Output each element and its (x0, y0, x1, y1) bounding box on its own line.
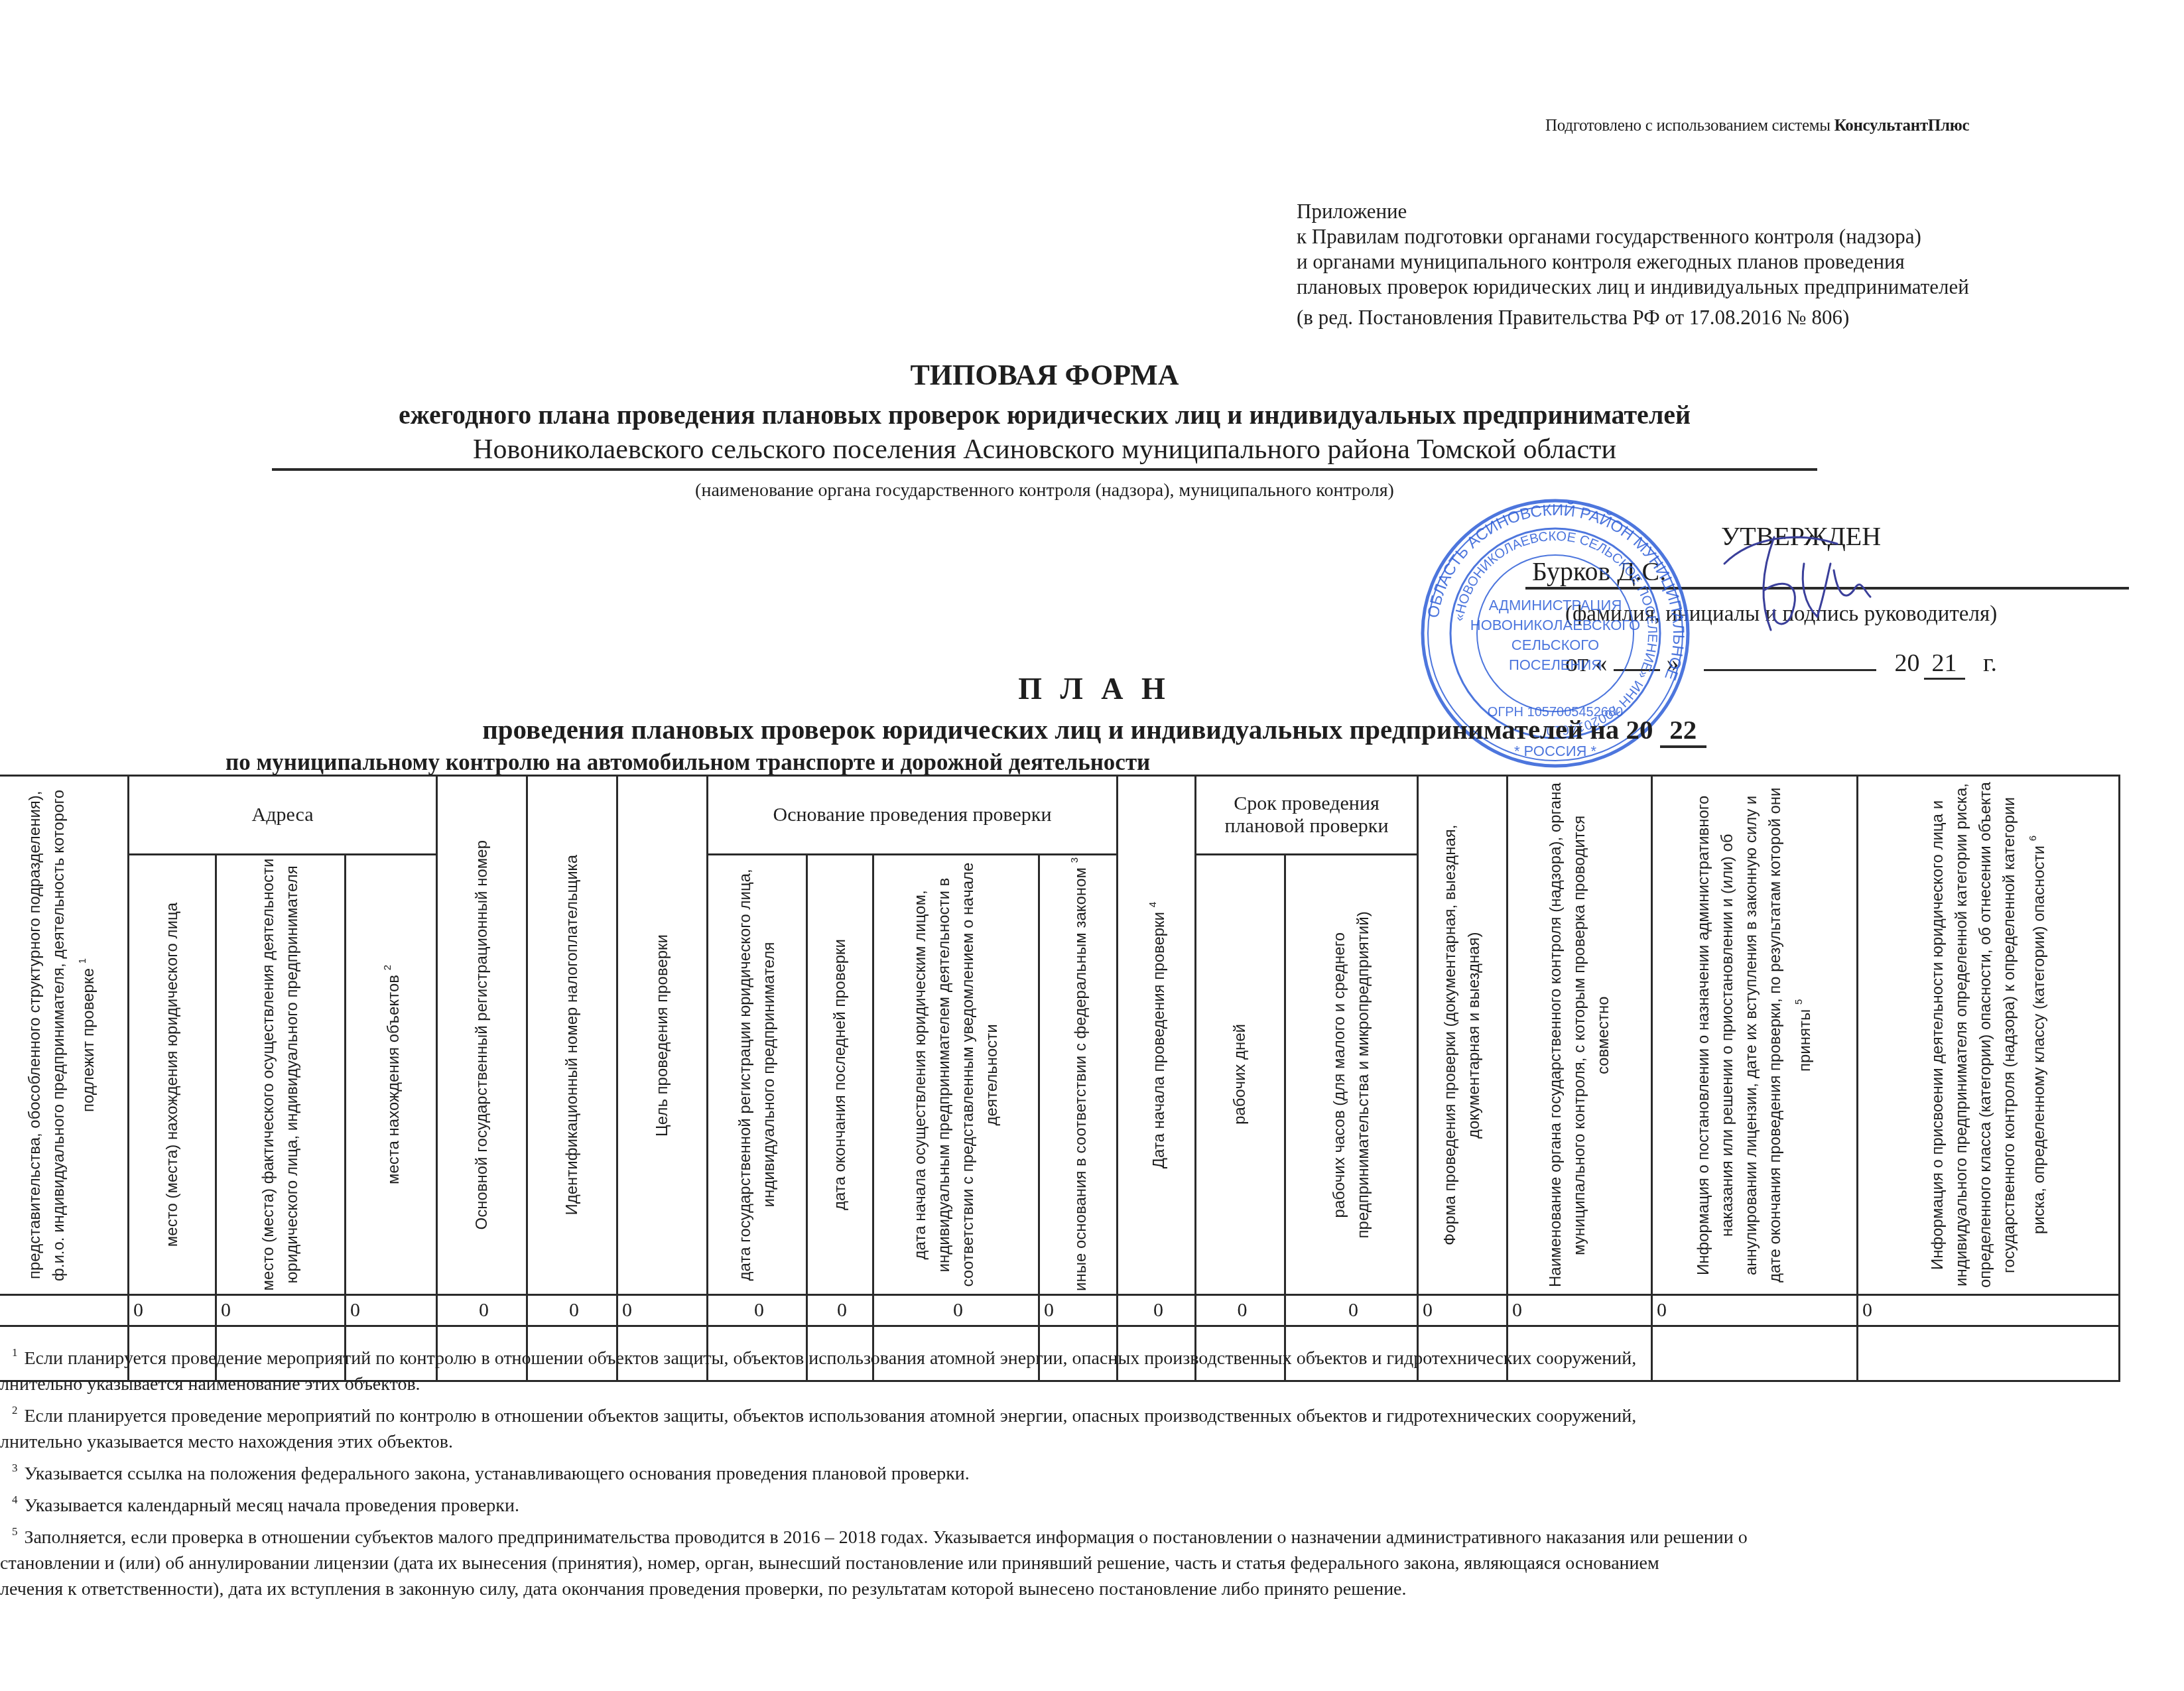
plan-title: П Л А Н (0, 671, 2184, 706)
table-cell[interactable]: 0 (617, 1295, 708, 1326)
footnote-1-cont: лнительно указывается наименование этих … (0, 1371, 2089, 1397)
col-registration-date: дата государственной регистрации юридиче… (708, 854, 807, 1294)
table-cell[interactable]: 0 (437, 1295, 527, 1326)
table-cell[interactable]: 0 (1118, 1295, 1196, 1326)
appendix-line: Приложение (1297, 199, 1969, 224)
svg-text:СЕЛЬСКОГО: СЕЛЬСКОГО (1511, 637, 1599, 653)
col-work-days: рабочих дней (1196, 854, 1285, 1294)
svg-text:АДМИНИСТРАЦИЯ: АДМИНИСТРАЦИЯ (1489, 597, 1622, 613)
group-term: Срок проведения плановой проверки (1196, 776, 1418, 855)
plan-year-field[interactable]: 22 (1660, 714, 1706, 748)
footnote-4: 4Указывается календарный месяц начала пр… (0, 1487, 2089, 1519)
appendix-line: плановых проверок юридических лиц и инди… (1297, 275, 1969, 300)
table-cell[interactable]: 0 (708, 1295, 807, 1326)
footnote-2: 2Если планируется проведение мероприятий… (0, 1397, 2089, 1429)
plan-kind: по муниципальному контролю на автомобиль… (225, 749, 1150, 776)
footnote-2-cont: лнительно указывается место нахождения э… (0, 1429, 2089, 1455)
col-subject: представительства, обособленного структу… (0, 776, 129, 1295)
group-basis: Основание проведения проверки (708, 776, 1118, 855)
signature-icon (1711, 524, 1897, 637)
table-cell[interactable]: 0 (873, 1295, 1039, 1326)
table-row: 0 0 0 0 0 0 0 0 0 0 0 0 0 0 0 0 0 (0, 1295, 2120, 1326)
col-ogrn: Основной государственный регистрационный… (437, 776, 527, 1295)
group-addresses: Адреса (129, 776, 437, 855)
footnote-5-cont2: лечения к ответственности), дата их всту… (0, 1576, 2089, 1602)
col-risk-info: Информация о присвоении деятельности юри… (1858, 776, 2120, 1295)
table-cell[interactable]: 0 (216, 1295, 346, 1326)
consultant-brand: КонсультантПлюс (1834, 117, 1970, 135)
table-cell[interactable]: 0 (1418, 1295, 1508, 1326)
plan-table: представительства, обособленного структу… (0, 775, 2120, 1382)
footnote-5-cont: становлении и (или) об аннулировании лиц… (0, 1550, 2089, 1576)
consultant-note: Подготовлено с использованием системы Ко… (1545, 117, 1969, 135)
col-penalty-info: Информация о постановлении о назначении … (1652, 776, 1858, 1295)
col-other-basis: иные основания в соответствии с федераль… (1039, 854, 1118, 1294)
footnotes: 1Если планируется проведение мероприятий… (0, 1340, 2089, 1602)
table-cell[interactable]: 0 (807, 1295, 873, 1326)
footnote-3: 3Указывается ссылка на положения федерал… (0, 1455, 2089, 1487)
table-cell[interactable]: 0 (527, 1295, 617, 1326)
plan-subtitle-text: проведения плановых проверок юридических… (482, 714, 1653, 745)
svg-text:НОВОНИКОЛАЕВСКОГО: НОВОНИКОЛАЕВСКОГО (1470, 617, 1640, 633)
col-actual-address: место (места) фактического осуществления… (216, 854, 346, 1294)
col-last-check-date: дата окончания последней проверки (807, 854, 873, 1294)
col-form-type: Форма проведения проверки (документарная… (1418, 776, 1508, 1295)
col-legal-address: место (места) нахождения юридического ли… (129, 854, 216, 1294)
col-joint-organ: Наименование органа государственного кон… (1508, 776, 1652, 1295)
footnote-5: 5Заполняется, если проверка в отношении … (0, 1519, 2089, 1550)
table-cell[interactable]: 0 (1285, 1295, 1418, 1326)
table-cell[interactable]: 0 (1652, 1295, 1858, 1326)
form-subtitle: ежегодного плана проведения плановых про… (0, 399, 2089, 430)
col-start-date: Дата начала проведения проверки 4 (1118, 776, 1196, 1295)
col-work-hours: рабочих часов (для малого и среднего пре… (1285, 854, 1418, 1294)
col-purpose: Цель проведения проверки (617, 776, 708, 1295)
appendix-line: и органами муниципального контроля ежего… (1297, 249, 1969, 275)
col-object-address: места нахождения объектов 2 (346, 854, 437, 1294)
col-activity-start-date: дата начала осуществления юридическим ли… (873, 854, 1039, 1294)
organ-name: Новониколаевского сельского поселения Ас… (272, 434, 1817, 471)
footnote-1: 1Если планируется проведение мероприятий… (0, 1340, 2089, 1371)
appendix-line: к Правилам подготовки органами государст… (1297, 224, 1969, 249)
col-inn: Идентификационный номер налогоплательщик… (527, 776, 617, 1295)
consultant-prefix: Подготовлено с использованием системы (1545, 117, 1834, 135)
table-cell[interactable]: 0 (346, 1295, 437, 1326)
table-cell[interactable]: 0 (1508, 1295, 1652, 1326)
table-cell[interactable] (0, 1295, 129, 1326)
table-cell[interactable]: 0 (1039, 1295, 1118, 1326)
table-cell[interactable]: 0 (1858, 1295, 2120, 1326)
plan-subtitle: проведения плановых проверок юридических… (0, 714, 2184, 748)
form-title: ТИПОВАЯ ФОРМА (0, 358, 2089, 392)
table-cell[interactable]: 0 (129, 1295, 216, 1326)
table-cell[interactable]: 0 (1196, 1295, 1285, 1326)
appendix-block: Приложение к Правилам подготовки органам… (1297, 199, 1969, 330)
appendix-edition: (в ред. Постановления Правительства РФ о… (1297, 305, 1969, 330)
